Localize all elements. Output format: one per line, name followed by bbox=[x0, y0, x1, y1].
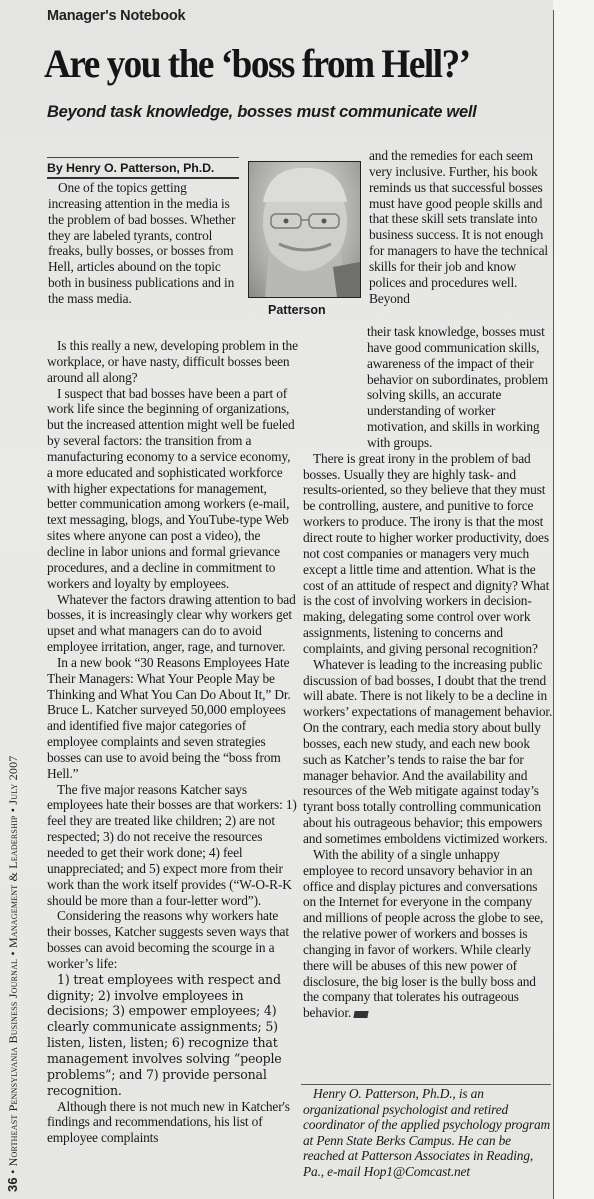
paragraph: One of the topics getting increasing att… bbox=[48, 180, 238, 307]
paragraph: There is great irony in the problem of b… bbox=[303, 451, 553, 657]
paragraph: In a new book “30 Reasons Employees Hate… bbox=[47, 655, 299, 782]
footer-separator: • bbox=[6, 951, 20, 955]
column-rule bbox=[553, 10, 554, 1199]
bio-text: Henry O. Patterson, Ph.D., is an organiz… bbox=[303, 1086, 553, 1180]
paragraph: and the remedies for each seem very incl… bbox=[369, 148, 551, 306]
paragraph: Whatever is leading to the increasing pu… bbox=[303, 657, 553, 847]
footer-separator: • bbox=[6, 808, 20, 812]
paragraph: Is this really a new, developing problem… bbox=[47, 338, 299, 386]
publication-name: Northeast Pennsylvania Business Journal bbox=[6, 959, 20, 1166]
paragraph-list: 1) treat employees with respect and dign… bbox=[47, 972, 299, 1099]
byline: By Henry O. Patterson, Ph.D. bbox=[47, 157, 239, 179]
paragraph-text: With the ability of a single unhappy emp… bbox=[303, 847, 543, 1020]
author-bio: Henry O. Patterson, Ph.D., is an organiz… bbox=[303, 1086, 553, 1180]
paragraph-text: their task knowledge, bosses must have g… bbox=[367, 324, 548, 450]
paragraph: their task knowledge, bosses must have g… bbox=[303, 324, 553, 451]
headline: Are you the ‘boss from Hell?’ bbox=[44, 42, 518, 86]
portrait-icon bbox=[249, 162, 360, 297]
deck-subheadline: Beyond task knowledge, bosses must commu… bbox=[47, 103, 476, 122]
article-column-right-top: and the remedies for each seem very incl… bbox=[369, 148, 551, 306]
paragraph: Whatever the factors drawing attention t… bbox=[47, 592, 299, 655]
bio-divider bbox=[301, 1084, 551, 1085]
footer-separator: • bbox=[6, 1170, 20, 1174]
section-label: Manager's Notebook bbox=[47, 8, 185, 24]
article-column-left: Is this really a new, developing problem… bbox=[47, 338, 299, 1146]
page-number: 36 bbox=[5, 1177, 20, 1192]
article-column-left-top: One of the topics getting increasing att… bbox=[48, 180, 238, 307]
article-column-right: their task knowledge, bosses must have g… bbox=[303, 324, 553, 1021]
page-footer: 36 • Northeast Pennsylvania Business Jou… bbox=[5, 755, 21, 1192]
paragraph: Considering the reasons why workers hate… bbox=[47, 908, 299, 971]
issue-date: July 2007 bbox=[6, 755, 20, 804]
paragraph: With the ability of a single unhappy emp… bbox=[303, 847, 553, 1021]
paragraph: The five major reasons Katcher says empl… bbox=[47, 782, 299, 909]
paragraph: I suspect that bad bosses have been a pa… bbox=[47, 386, 299, 592]
photo-caption: Patterson bbox=[268, 303, 326, 317]
portrait-photo bbox=[248, 161, 361, 298]
paragraph: Although there is not much new in Katche… bbox=[47, 1099, 299, 1147]
end-of-story-icon bbox=[353, 1011, 368, 1018]
section-name: Management & Leadership bbox=[6, 815, 20, 948]
